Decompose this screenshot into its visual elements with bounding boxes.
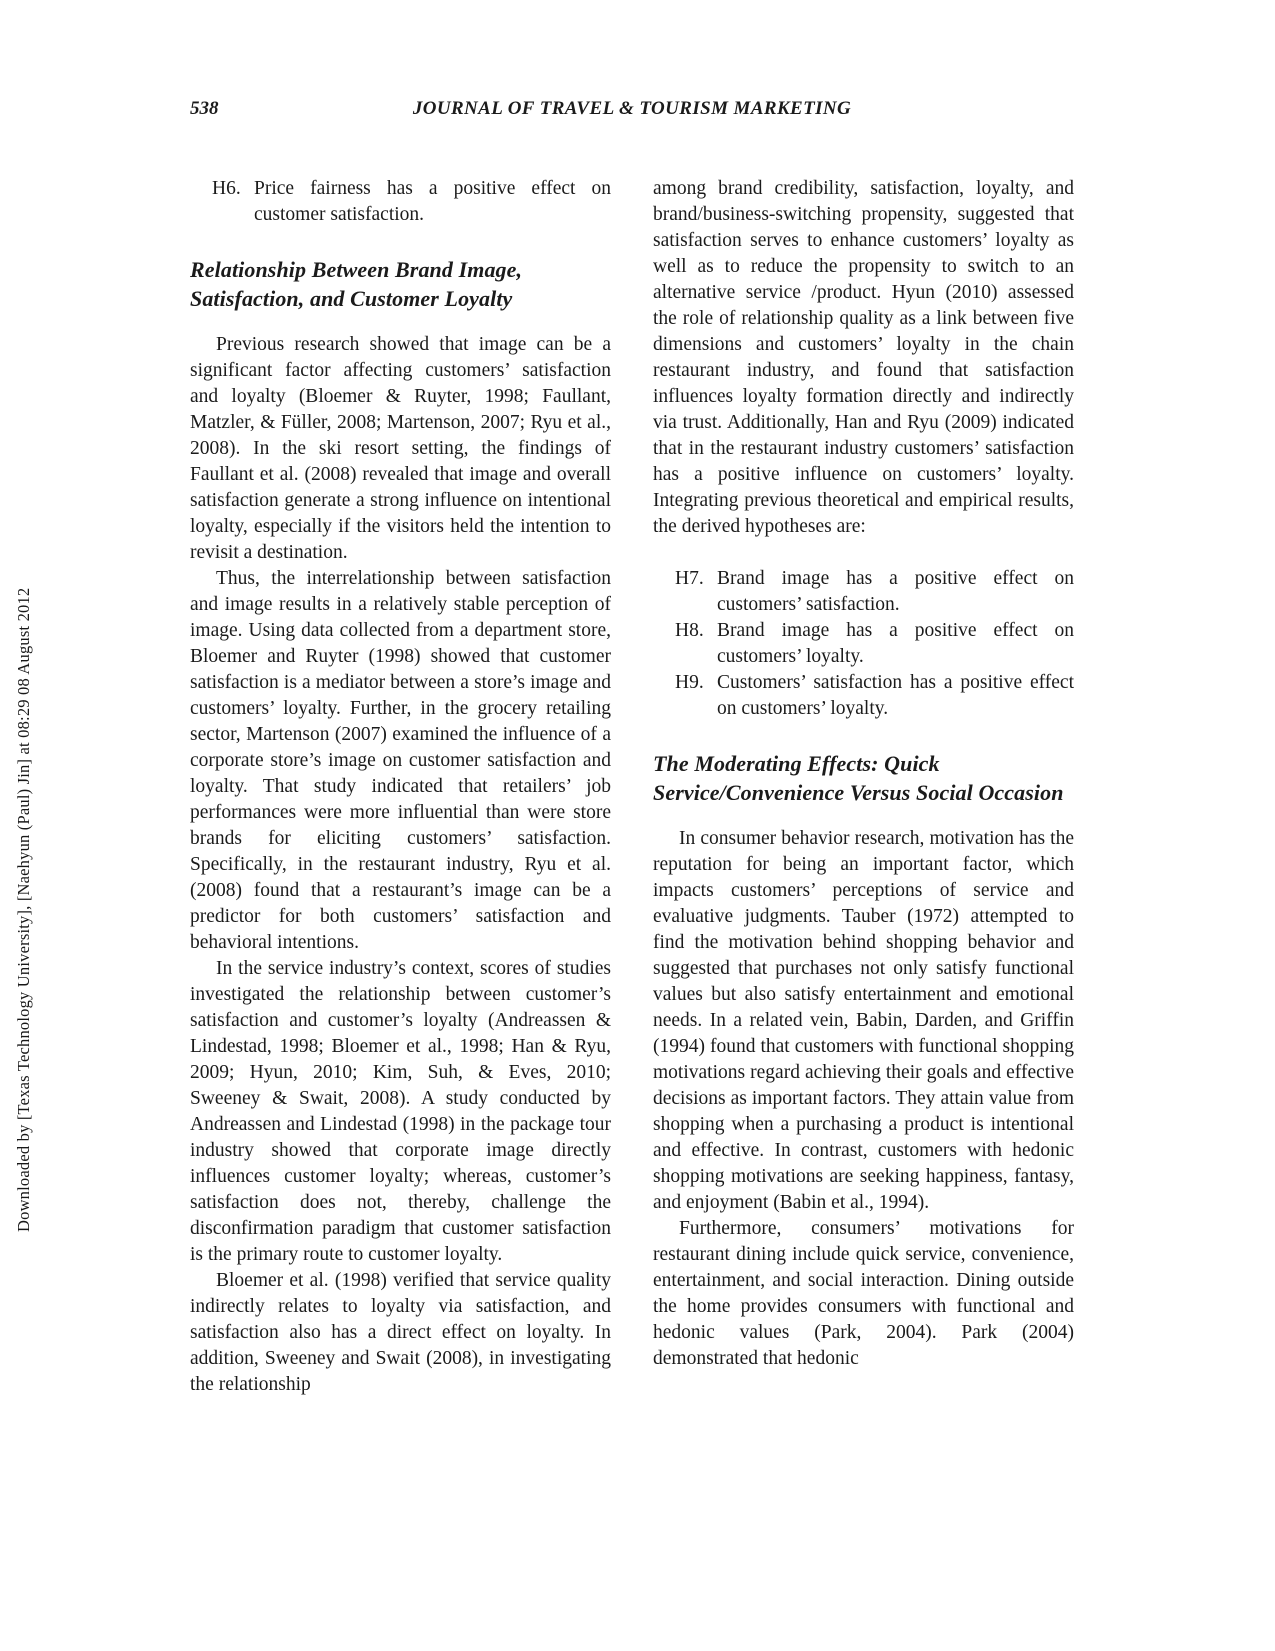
hypothesis-list-h6: H6. Price fairness has a positive effect… <box>190 176 611 228</box>
section-heading-moderating-effects: The Moderating Effects: Quick Service/Co… <box>653 749 1074 807</box>
paragraph-previous-research: Previous research showed that image can … <box>190 332 611 566</box>
hypothesis-h6-label: H6. <box>212 176 254 228</box>
hypothesis-h7-text: Brand image has a positive effect on cus… <box>717 566 1074 618</box>
journal-title: JOURNAL OF TRAVEL & TOURISM MARKETING <box>190 98 1074 120</box>
hypothesis-h7-label: H7. <box>675 566 717 618</box>
paragraph-bloemer-verified: Bloemer et al. (1998) verified that serv… <box>190 1268 611 1398</box>
hypothesis-h9-label: H9. <box>675 670 717 722</box>
download-watermark-text: Downloaded by [Texas Technology Universi… <box>14 588 33 1232</box>
hypothesis-h6: H6. Price fairness has a positive effect… <box>212 176 611 228</box>
page-header: 538 JOURNAL OF TRAVEL & TOURISM MARKETIN… <box>190 98 1074 124</box>
paragraph-consumer-behavior: In consumer behavior research, motivatio… <box>653 826 1074 1216</box>
paragraph-interrelationship: Thus, the interrelationship between sati… <box>190 566 611 956</box>
paragraph-furthermore-motivations: Furthermore, consumers’ motivations for … <box>653 1216 1074 1372</box>
hypothesis-h7: H7. Brand image has a positive effect on… <box>675 566 1074 618</box>
hypothesis-h8-label: H8. <box>675 618 717 670</box>
journal-page: Downloaded by [Texas Technology Universi… <box>0 0 1275 1651</box>
download-watermark: Downloaded by [Texas Technology Universi… <box>14 377 34 1232</box>
hypothesis-h8: H8. Brand image has a positive effect on… <box>675 618 1074 670</box>
right-column: among brand credibility, satisfaction, l… <box>653 176 1074 1398</box>
body-columns: H6. Price fairness has a positive effect… <box>190 176 1074 1398</box>
hypothesis-list-h7-h9: H7. Brand image has a positive effect on… <box>653 566 1074 722</box>
section-heading-brand-image: Relationship Between Brand Image, Satisf… <box>190 255 611 313</box>
hypothesis-h6-text: Price fairness has a positive effect on … <box>254 176 611 228</box>
paragraph-brand-credibility: among brand credibility, satisfaction, l… <box>653 176 1074 540</box>
hypothesis-h9-text: Customers’ satisfaction has a positive e… <box>717 670 1074 722</box>
hypothesis-h8-text: Brand image has a positive effect on cus… <box>717 618 1074 670</box>
hypothesis-h9: H9. Customers’ satisfaction has a positi… <box>675 670 1074 722</box>
paragraph-service-industry: In the service industry’s context, score… <box>190 956 611 1268</box>
left-column: H6. Price fairness has a positive effect… <box>190 176 611 1398</box>
